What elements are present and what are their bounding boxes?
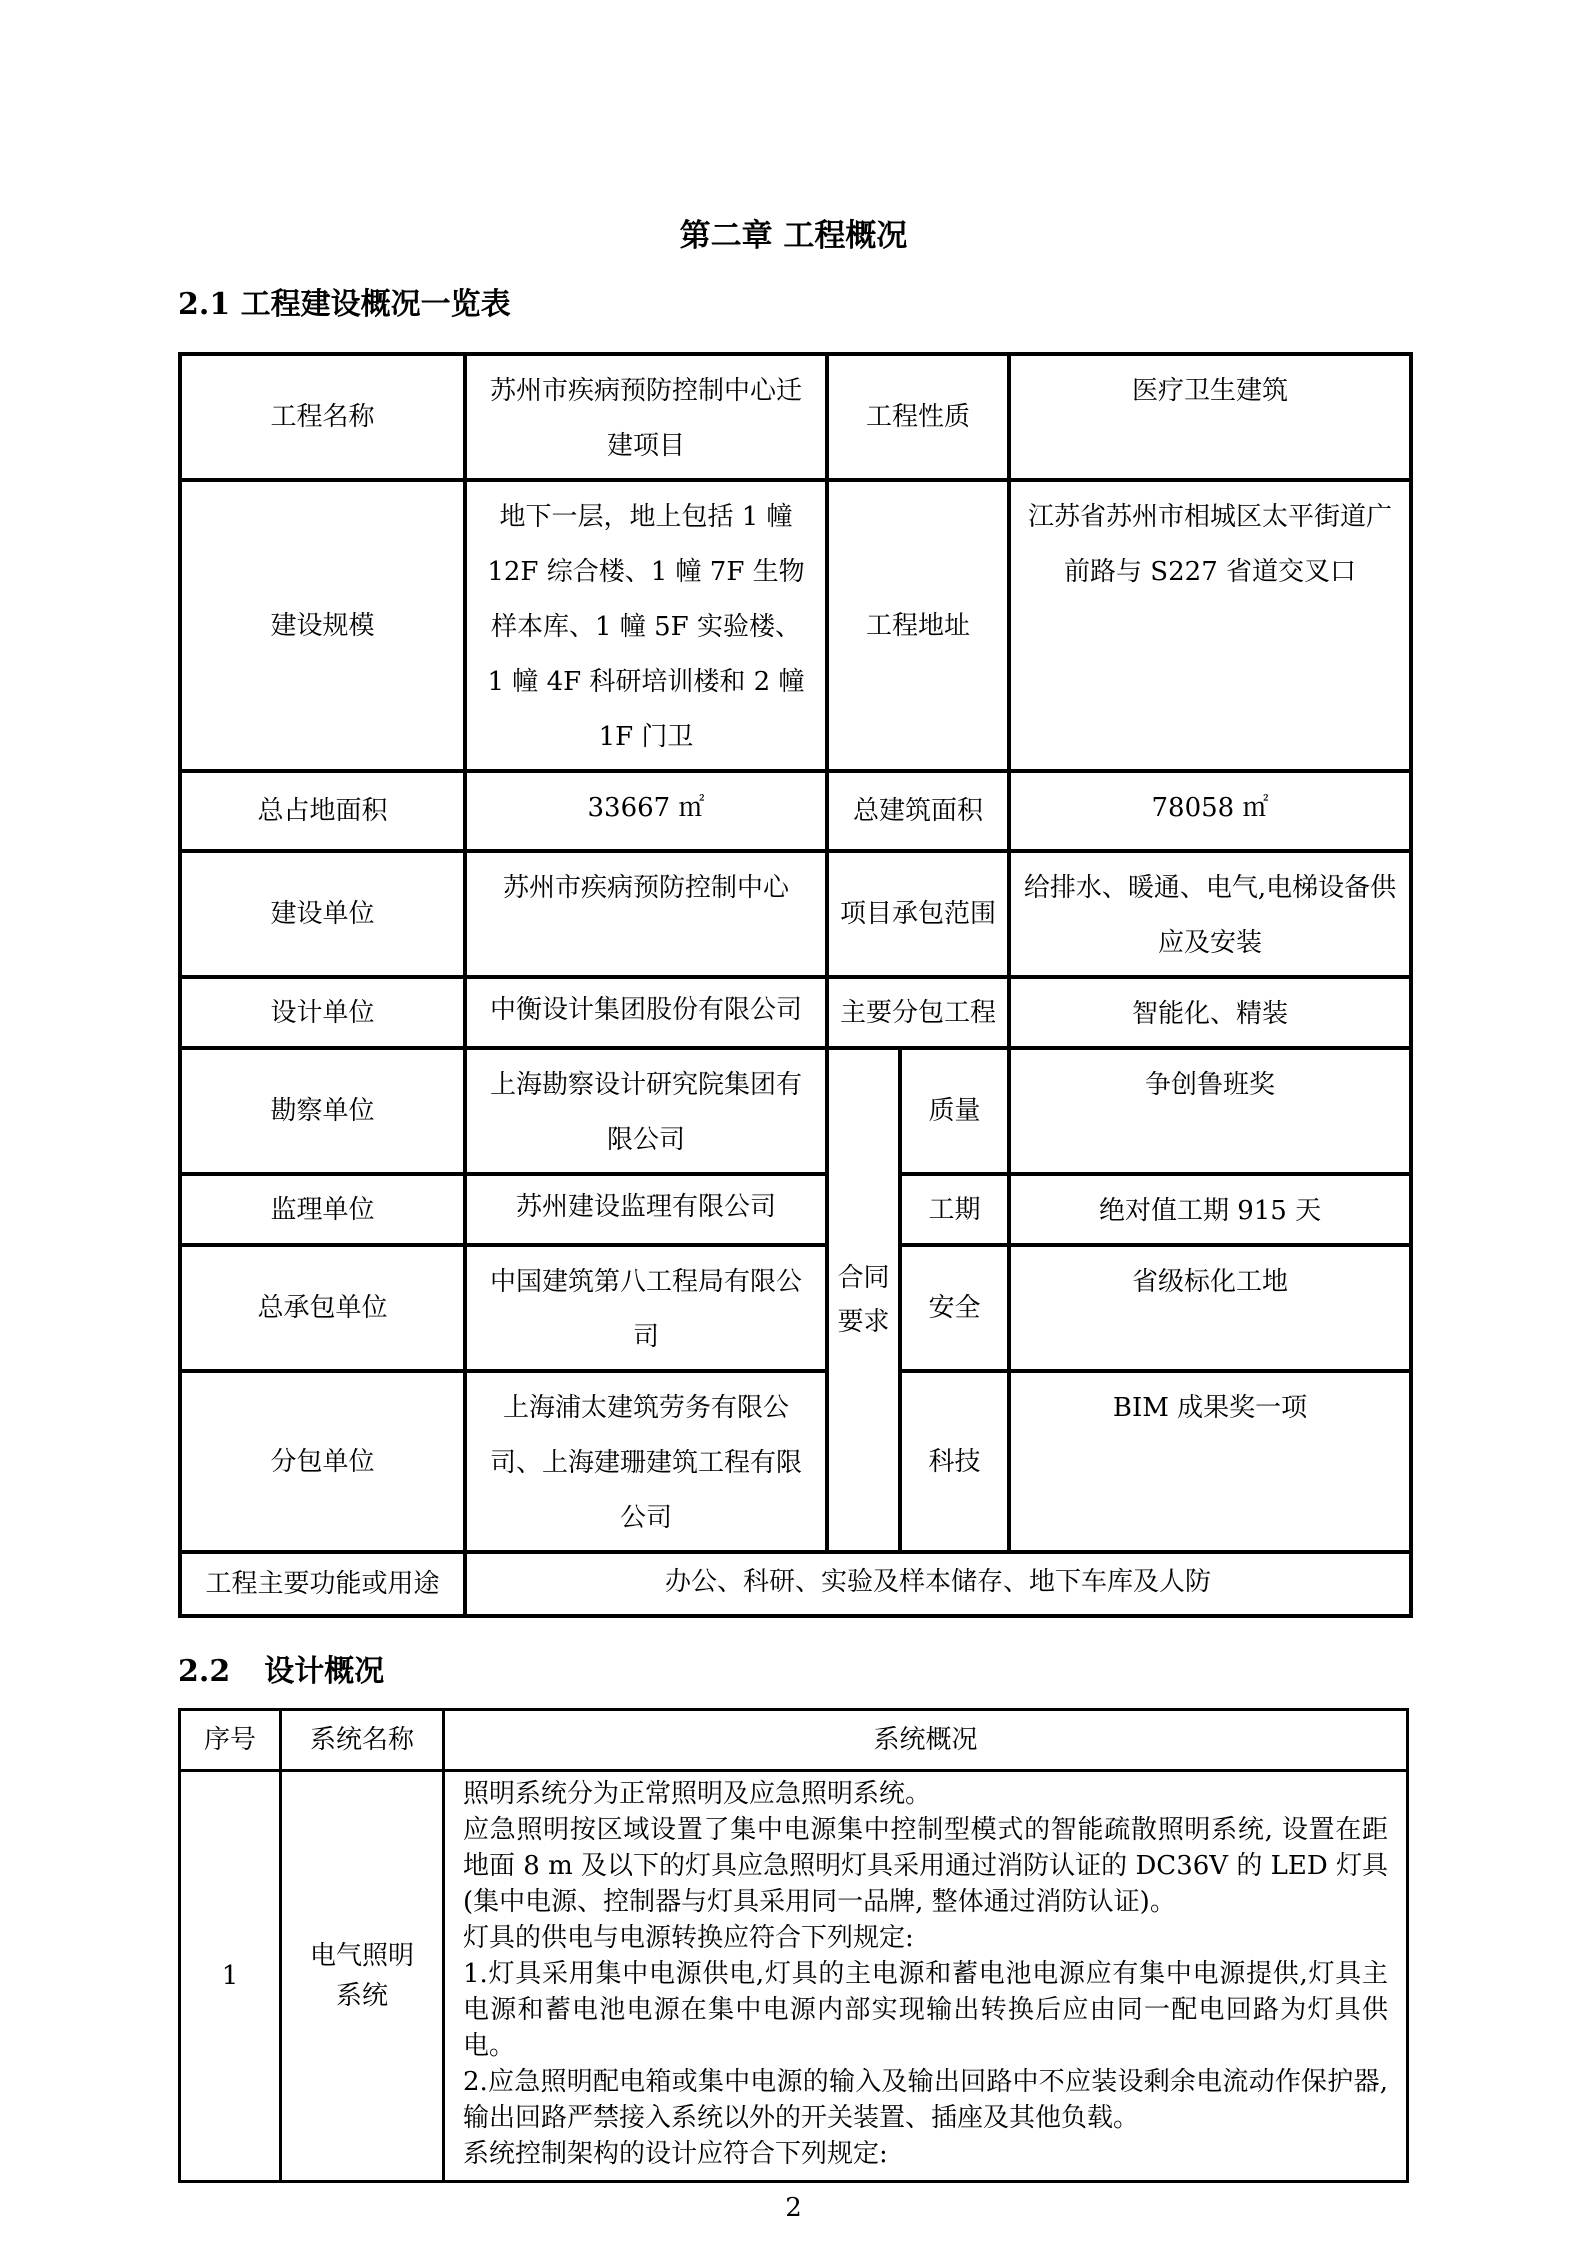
address-label-cell: 工程地址 <box>827 480 1009 771</box>
safety-value-cell: 省级标化工地 <box>1009 1245 1411 1371</box>
scope-label-cell: 项目承包范围 <box>827 851 1009 977</box>
overview-row-designer: 设计单位 中衡设计集团股份有限公司 主要分包工程 智能化、精装 <box>180 977 1411 1048</box>
design-row-1-name: 电气照明 系统 <box>281 1771 444 2182</box>
tech-value-cell: BIM 成果奖一项 <box>1009 1371 1411 1552</box>
site-area-label-cell: 总占地面积 <box>180 771 465 851</box>
design-header-name: 系统名称 <box>281 1710 444 1771</box>
chapter-title: 第二章 工程概况 <box>0 0 1587 256</box>
address-value-cell: 江苏省苏州市相城区太平街道广前路与 S227 省道交叉口 <box>1009 480 1411 771</box>
design-header-overview: 系统概况 <box>444 1710 1408 1771</box>
project-name-label-cell: 工程名称 <box>180 354 465 480</box>
duration-label-cell: 工期 <box>900 1174 1009 1245</box>
design-header-row: 序号 系统名称 系统概况 <box>180 1710 1408 1771</box>
overview-row-project-name: 工程名称 苏州市疾病预防控制中心迁建项目 工程性质 医疗卫生建筑 <box>180 354 1411 480</box>
section-2-2-title: 设计概况 <box>264 1654 384 1689</box>
design-row-1: 1 电气照明 系统 照明系统分为正常照明及应急照明系统。 应急照明按区域设置了集… <box>180 1771 1408 2182</box>
scale-value-cell: 地下一层，地上包括 1 幢 12F 综合楼、1 幢 7F 生物样本库、1 幢 5… <box>465 480 827 771</box>
general-contractor-label-cell: 总承包单位 <box>180 1245 465 1371</box>
function-value-cell: 办公、科研、实验及样本储存、地下车库及人防 <box>465 1552 1411 1616</box>
designer-label-cell: 设计单位 <box>180 977 465 1048</box>
survey-label-cell: 勘察单位 <box>180 1048 465 1174</box>
page-number: 2 <box>0 2191 1587 2225</box>
contract-req-label-cell: 合同要求 <box>827 1048 900 1552</box>
scope-value-cell: 给排水、暖通、电气,电梯设备供应及安装 <box>1009 851 1411 977</box>
section-2-2-number: 2.2 <box>178 1654 230 1689</box>
supervisor-label-cell: 监理单位 <box>180 1174 465 1245</box>
overview-table: 工程名称 苏州市疾病预防控制中心迁建项目 工程性质 医疗卫生建筑 建设规模 地下… <box>178 352 1413 1618</box>
project-name-value-cell: 苏州市疾病预防控制中心迁建项目 <box>465 354 827 480</box>
designer-value-cell: 中衡设计集团股份有限公司 <box>465 977 827 1048</box>
section-2-2-heading: 2.2设计概况 <box>178 1652 1587 1692</box>
general-contractor-value-cell: 中国建筑第八工程局有限公司 <box>465 1245 827 1371</box>
subcontractor-label-cell: 分包单位 <box>180 1371 465 1552</box>
overview-row-supervisor: 监理单位 苏州建设监理有限公司 工期 绝对值工期 915 天 <box>180 1174 1411 1245</box>
owner-value-cell: 苏州市疾病预防控制中心 <box>465 851 827 977</box>
survey-value-cell: 上海勘察设计研究院集团有限公司 <box>465 1048 827 1174</box>
duration-value-cell: 绝对值工期 915 天 <box>1009 1174 1411 1245</box>
subcontractor-value-cell: 上海浦太建筑劳务有限公司、上海建珊建筑工程有限公司 <box>465 1371 827 1552</box>
section-2-1-heading: 2.1 工程建设概况一览表 <box>178 286 1587 324</box>
overview-row-subcontractor: 分包单位 上海浦太建筑劳务有限公司、上海建珊建筑工程有限公司 科技 BIM 成果… <box>180 1371 1411 1552</box>
overview-row-area: 总占地面积 33667 ㎡ 总建筑面积 78058 ㎡ <box>180 771 1411 851</box>
supervisor-value-cell: 苏州建设监理有限公司 <box>465 1174 827 1245</box>
subcontract-works-label-cell: 主要分包工程 <box>827 977 1009 1048</box>
owner-label-cell: 建设单位 <box>180 851 465 977</box>
project-type-value-cell: 医疗卫生建筑 <box>1009 354 1411 480</box>
overview-row-general-contractor: 总承包单位 中国建筑第八工程局有限公司 安全 省级标化工地 <box>180 1245 1411 1371</box>
overview-row-scale: 建设规模 地下一层，地上包括 1 幢 12F 综合楼、1 幢 7F 生物样本库、… <box>180 480 1411 771</box>
design-row-1-desc: 照明系统分为正常照明及应急照明系统。 应急照明按区域设置了集中电源集中控制型模式… <box>444 1771 1408 2182</box>
document-page: 第二章 工程概况 2.1 工程建设概况一览表 工程名称 苏州市疾病预防控制中心迁… <box>0 0 1587 2245</box>
subcontract-works-value-cell: 智能化、精装 <box>1009 977 1411 1048</box>
floor-area-label-cell: 总建筑面积 <box>827 771 1009 851</box>
quality-label-cell: 质量 <box>900 1048 1009 1174</box>
site-area-value-cell: 33667 ㎡ <box>465 771 827 851</box>
overview-row-survey: 勘察单位 上海勘察设计研究院集团有限公司 合同要求 质量 争创鲁班奖 <box>180 1048 1411 1174</box>
scale-label-cell: 建设规模 <box>180 480 465 771</box>
overview-row-owner: 建设单位 苏州市疾病预防控制中心 项目承包范围 给排水、暖通、电气,电梯设备供应… <box>180 851 1411 977</box>
overview-row-function: 工程主要功能或用途 办公、科研、实验及样本储存、地下车库及人防 <box>180 1552 1411 1616</box>
design-table: 序号 系统名称 系统概况 1 电气照明 系统 照明系统分为正常照明及应急照明系统… <box>178 1708 1409 2183</box>
floor-area-value-cell: 78058 ㎡ <box>1009 771 1411 851</box>
tech-label-cell: 科技 <box>900 1371 1009 1552</box>
design-row-1-no: 1 <box>180 1771 281 2182</box>
design-header-no: 序号 <box>180 1710 281 1771</box>
function-label-cell: 工程主要功能或用途 <box>180 1552 465 1616</box>
quality-value-cell: 争创鲁班奖 <box>1009 1048 1411 1174</box>
project-type-label-cell: 工程性质 <box>827 354 1009 480</box>
safety-label-cell: 安全 <box>900 1245 1009 1371</box>
